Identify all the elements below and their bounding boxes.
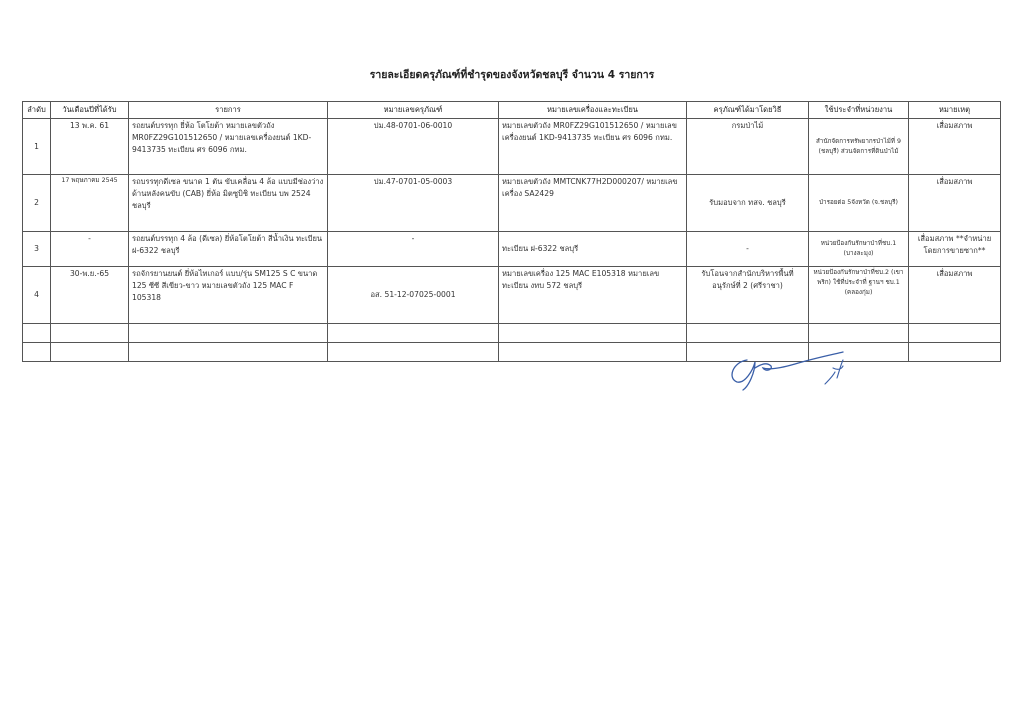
header-asset-no: หมายเลขครุภัณฑ์ — [328, 102, 499, 119]
cell-acquired-by: รับมอบจาก ทสจ. ชลบุรี — [687, 175, 809, 232]
cell-remark: เสื่อมสภาพ — [909, 267, 1001, 324]
cell-asset-no: - — [328, 232, 499, 267]
cell-date: 13 พ.ค. 61 — [51, 119, 129, 175]
table-row: 1 13 พ.ค. 61 รถยนต์บรรทุก ยี่ห้อ โตโยต้า… — [23, 119, 1001, 175]
table-row: 2 17 พฤษภาคม 2545 รถบรรทุกดีเซล ขนาด 1 ต… — [23, 175, 1001, 232]
header-engine-reg: หมายเลขเครื่องและทะเบียน — [499, 102, 687, 119]
cell-item: รถยนต์บรรทุก ยี่ห้อ โตโยต้า หมายเลขตัวถั… — [129, 119, 328, 175]
header-item: รายการ — [129, 102, 328, 119]
cell-item: รถยนต์บรรทุก 4 ล้อ (ดีเซล) ยี่ห้อโตโยต้า… — [129, 232, 328, 267]
header-no: ลำดับ — [23, 102, 51, 119]
cell-engine-reg: หมายเลขตัวถัง MMTCNK77H2D000207/ หมายเลข… — [499, 175, 687, 232]
cell-asset-no: ปม.48-0701-06-0010 — [328, 119, 499, 175]
cell-acquired-by: - — [687, 232, 809, 267]
cell-unit: หน่วยป้องกันรักษาป่าที่ชบ.1 (บางละมุง) — [809, 232, 909, 267]
header-remark: หมายเหตุ — [909, 102, 1001, 119]
table-row: 3 - รถยนต์บรรทุก 4 ล้อ (ดีเซล) ยี่ห้อโตโ… — [23, 232, 1001, 267]
cell-item: รถบรรทุกดีเซล ขนาด 1 ตัน ขับเคลื่อน 4 ล้… — [129, 175, 328, 232]
header-unit: ใช้ประจำที่หน่วยงาน — [809, 102, 909, 119]
cell-acquired-by: กรมป่าไม้ — [687, 119, 809, 175]
cell-engine-reg: หมายเลขเครื่อง 125 MAC E105318 หมายเลขทะ… — [499, 267, 687, 324]
cell-remark: เสื่อมสภาพ — [909, 175, 1001, 232]
cell-date: - — [51, 232, 129, 267]
cell-unit: ป่ารอยต่อ 5จังหวัด (จ.ชลบุรี) — [809, 175, 909, 232]
cell-no: 2 — [23, 175, 51, 232]
signature-image — [725, 348, 875, 393]
cell-no: 1 — [23, 119, 51, 175]
header-acquired-by: ครุภัณฑ์ได้มาโดยวิธี — [687, 102, 809, 119]
cell-unit: สำนักจัดการทรัพยากรป่าไม้ที่ 9 (ชลบุรี) … — [809, 119, 909, 175]
cell-unit: หน่วยป้องกันรักษาป่าที่ชบ.2 (เขาพริก) ใช… — [809, 267, 909, 324]
cell-remark: เสื่อมสภาพ — [909, 119, 1001, 175]
cell-item: รถจักรยานยนต์ ยี่ห้อไทเกอร์ แบบ/รุ่น SM1… — [129, 267, 328, 324]
cell-asset-no: อส. 51-12-07025-0001 — [328, 267, 499, 324]
cell-engine-reg: ทะเบียน ฝ-6322 ชลบุรี — [499, 232, 687, 267]
asset-table: ลำดับ วันเดือนปีที่ได้รับ รายการ หมายเลข… — [22, 101, 1001, 362]
document-title: รายละเอียดครุภัณฑ์ที่ชำรุดของจังหวัดชลบุ… — [0, 66, 1024, 83]
blank-row — [23, 324, 1001, 343]
cell-acquired-by: รับโอนจากสำนักบริหารพื้นที่อนุรักษ์ที่ 2… — [687, 267, 809, 324]
cell-no: 4 — [23, 267, 51, 324]
cell-remark: เสื่อมสภาพ **จำหน่ายโดยการขายซาก** — [909, 232, 1001, 267]
table-header-row: ลำดับ วันเดือนปีที่ได้รับ รายการ หมายเลข… — [23, 102, 1001, 119]
cell-no: 3 — [23, 232, 51, 267]
cell-date: 17 พฤษภาคม 2545 — [51, 175, 129, 232]
cell-engine-reg: หมายเลขตัวถัง MR0FZ29G101512650 / หมายเล… — [499, 119, 687, 175]
header-date: วันเดือนปีที่ได้รับ — [51, 102, 129, 119]
cell-asset-no: ปม.47-0701-05-0003 — [328, 175, 499, 232]
cell-date: 30-พ.ย.-65 — [51, 267, 129, 324]
table-row: 4 30-พ.ย.-65 รถจักรยานยนต์ ยี่ห้อไทเกอร์… — [23, 267, 1001, 324]
